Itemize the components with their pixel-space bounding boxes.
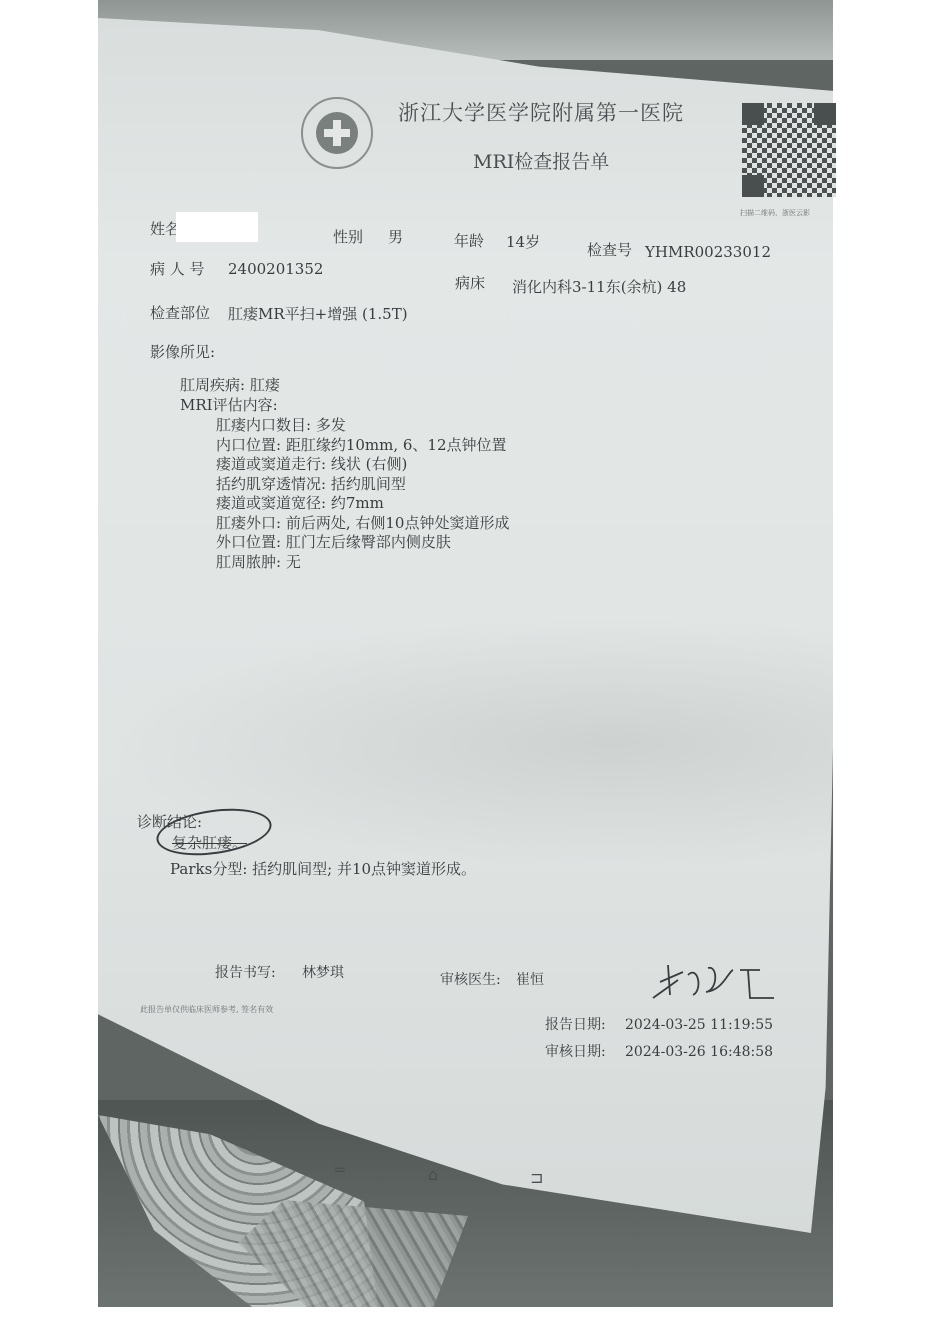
exam-part-label: 检查部位 [150, 306, 210, 321]
report-date-value: 2024-03-25 11:19:55 [625, 1018, 773, 1032]
reviewer-label: 审核医生: [440, 973, 501, 987]
findings-item: 肛瘘外口: 前后两处, 右侧10点钟处窦道形成 [216, 516, 509, 531]
bed-label: 病床 [455, 276, 485, 291]
writer-value: 林梦琪 [302, 966, 344, 980]
hospital-name: 浙江大学医学院附属第一医院 [398, 103, 684, 124]
exam-no-value: YHMR00233012 [645, 245, 771, 260]
findings-item: 瘘道或窦道走行: 线状 (右侧) [216, 457, 407, 472]
review-date-label: 审核日期: [545, 1045, 606, 1059]
writer-label: 报告书写: [215, 966, 276, 980]
review-date-value: 2024-03-26 16:48:58 [625, 1045, 773, 1059]
bed-value: 消化内科3-11东(余杭) 48 [512, 280, 686, 295]
menu-icon: = [333, 1160, 346, 1179]
report-date-label: 报告日期: [545, 1018, 606, 1032]
findings-item: 内口位置: 距肛缘约10mm, 6、12点钟位置 [216, 438, 507, 453]
findings-mri-eval: MRI评估内容: [180, 398, 278, 413]
seal-cross-horizontal [324, 129, 350, 137]
age-label: 年龄 [454, 234, 484, 249]
back-icon: ⊐ [530, 1168, 543, 1187]
patient-id-value: 2400201352 [228, 262, 323, 277]
parks-classification: Parks分型: 括约肌间型; 并10点钟窦道形成。 [170, 862, 476, 877]
findings-heading: 影像所见: [150, 345, 215, 360]
reviewer-value: 崔恒 [516, 973, 544, 987]
home-icon: ⌂ [428, 1165, 438, 1184]
report-title: MRI检查报告单 [473, 153, 609, 172]
report-content: 浙江大学医学院附属第一医院 MRI检查报告单 扫描二维码，浙医云影 姓名 性别 … [0, 0, 950, 1344]
gender-label: 性别 [333, 230, 363, 245]
findings-item: 瘘道或窦道宽径: 约7mm [216, 496, 384, 511]
findings-item: 肛瘘内口数目: 多发 [216, 418, 346, 433]
age-value: 14岁 [506, 235, 540, 250]
findings-disease: 肛周疾病: 肛瘘 [180, 378, 280, 393]
handwritten-signature-icon [648, 960, 778, 1005]
findings-item: 肛周脓肿: 无 [216, 555, 301, 570]
hospital-seal-icon [301, 97, 373, 169]
seal-inner [316, 112, 358, 154]
gender-value: 男 [388, 230, 403, 245]
qr-caption: 扫描二维码，浙医云影 [740, 210, 810, 217]
handwritten-circle-annotation [154, 802, 275, 862]
exam-part-value: 肛瘘MR平扫+增强 (1.5T) [228, 307, 408, 322]
patient-id-label: 病 人 号 [150, 262, 205, 277]
qr-code-icon [742, 103, 836, 197]
name-redaction [176, 212, 258, 242]
disclaimer: 此报告单仅供临床医师参考, 签名有效 [140, 1006, 273, 1014]
findings-item: 外口位置: 肛门左后缘臀部内侧皮肤 [216, 535, 451, 550]
findings-item: 括约肌穿透情况: 括约肌间型 [216, 477, 406, 492]
exam-no-label: 检查号 [587, 243, 632, 258]
